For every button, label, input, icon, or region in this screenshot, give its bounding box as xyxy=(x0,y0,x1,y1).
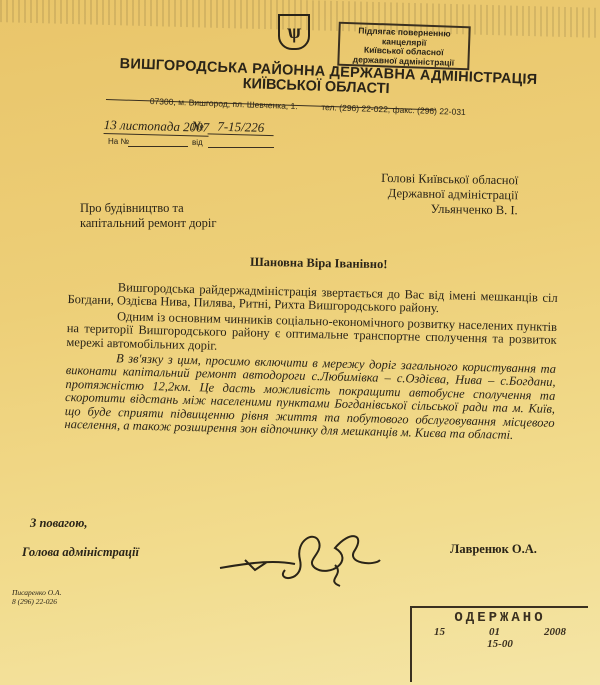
in-reply-blank xyxy=(128,146,188,147)
in-reply-label: На № xyxy=(108,137,129,146)
addressee-line: Ульянченко В. І. xyxy=(368,201,518,219)
number-value: 7-15/226 xyxy=(207,118,274,136)
trident-coat-of-arms-icon: ѱ xyxy=(278,14,310,50)
executor: Писаренко О.А. 8 (296) 22-026 xyxy=(12,588,92,606)
subject-line: капітальний ремонт доріг xyxy=(80,216,240,231)
stamp-day: 15 xyxy=(434,626,445,638)
stamp-month: 01 xyxy=(489,626,500,638)
phone-fax: тел. (296) 22-022, факс. (296) 22-031 xyxy=(321,102,466,117)
addressee: Голові Київської обласної Державної адмі… xyxy=(368,171,519,219)
from-blank xyxy=(208,147,274,148)
received-stamp: ОДЕРЖАНО 15 01 2008 15-00 xyxy=(410,606,588,682)
handwritten-signature xyxy=(215,520,385,590)
received-stamp-number: 15-00 xyxy=(412,638,588,650)
subject-line: Про будівництво та xyxy=(80,201,240,216)
executor-phone: 8 (296) 22-026 xyxy=(12,597,92,606)
body-paragraph: В зв'язку з цим, просимо включити в мере… xyxy=(64,351,556,443)
from-label: від xyxy=(192,138,203,147)
address: 07300, м. Вишгород, пл. Шевченка, 1. xyxy=(150,96,298,111)
top-return-stamp: Підлягає поверненню канцелярії Київської… xyxy=(337,22,470,71)
stamp-reg-number: 15-00 xyxy=(487,638,513,650)
signer-position: Голова адміністрації xyxy=(22,545,139,560)
greeting: Шановна Віра Іванівно! xyxy=(250,255,388,272)
scanned-letter: ѱ Підлягає поверненню канцелярії Київськ… xyxy=(0,0,600,685)
stamp-year: 2008 xyxy=(544,626,566,638)
letter-body: Вишгородська райдержадміністрація зверта… xyxy=(64,280,558,445)
executor-name: Писаренко О.А. xyxy=(12,588,92,597)
addressee-line: Державної адміністрації xyxy=(368,186,518,204)
outgoing-number: № 7-15/226 xyxy=(192,118,275,136)
closing: З повагою, xyxy=(30,516,88,531)
subject: Про будівництво та капітальний ремонт до… xyxy=(80,201,240,231)
letterhead-contacts: 07300, м. Вишгород, пл. Шевченка, 1. тел… xyxy=(150,96,466,117)
number-label: № xyxy=(192,118,205,133)
signer-name: Лавренюк О.А. xyxy=(450,542,537,557)
received-stamp-title: ОДЕРЖАНО xyxy=(412,610,588,626)
received-stamp-date: 15 01 2008 xyxy=(412,626,588,638)
